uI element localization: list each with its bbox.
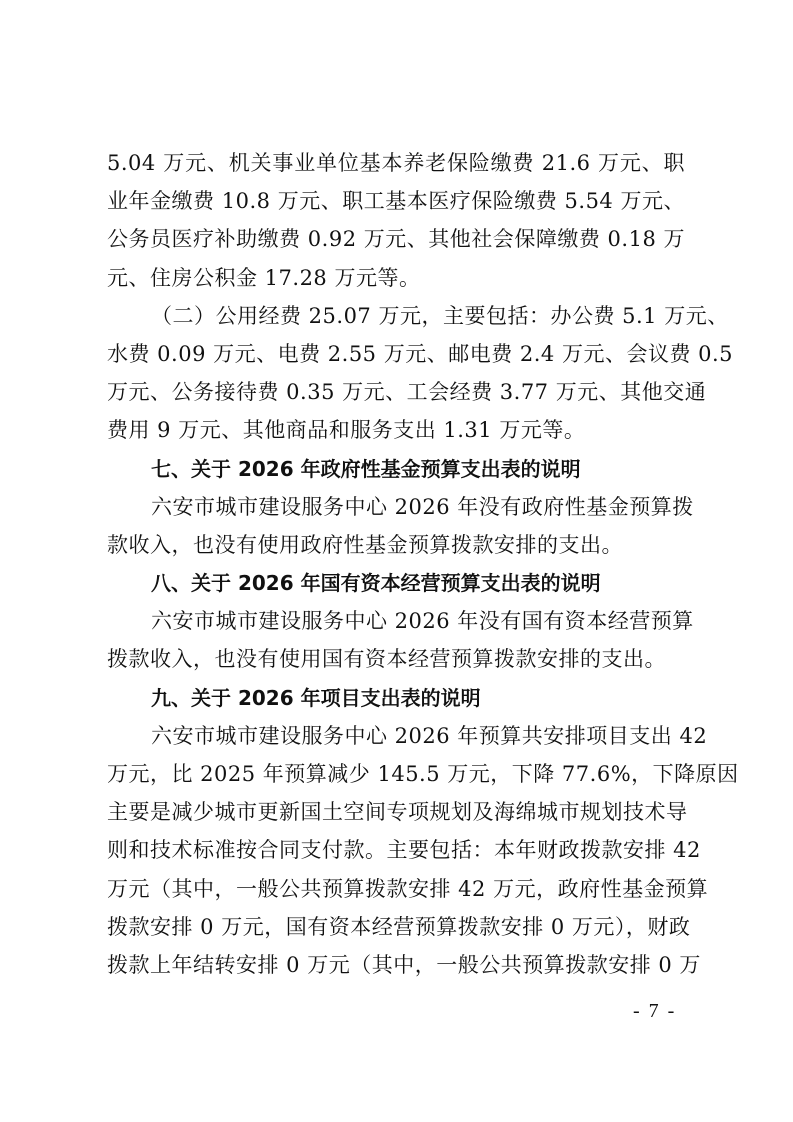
section-heading-7: 七、关于 2026 年政府性基金预算支出表的说明 (107, 450, 685, 488)
section-heading-8: 八、关于 2026 年国有资本经营预算支出表的说明 (107, 564, 685, 602)
page-number: - 7 - (633, 1000, 676, 1023)
text-line: 万元（其中，一般公共预算拨款安排 42 万元，政府性基金预算 (107, 870, 685, 908)
paragraph-state-capital: 六安市城市建设服务中心 2026 年没有国有资本经营预算 拨款收入，也没有使用国… (107, 602, 685, 678)
text-line: 费用 9 万元、其他商品和服务支出 1.31 万元等。 (107, 411, 685, 449)
text-line: 元、住房公积金 17.28 万元等。 (107, 259, 685, 297)
paragraph-personnel-expenses-continued: 5.04 万元、机关事业单位基本养老保险缴费 21.6 万元、职 业年金缴费 1… (107, 144, 685, 297)
text-line: 拨款安排 0 万元，国有资本经营预算拨款安排 0 万元），财政 (107, 908, 685, 946)
text-line: （二）公用经费 25.07 万元，主要包括：办公费 5.1 万元、 (107, 297, 685, 335)
text-line: 业年金缴费 10.8 万元、职工基本医疗保险缴费 5.54 万元、 (107, 182, 685, 220)
text-line: 款收入，也没有使用政府性基金预算拨款安排的支出。 (107, 526, 685, 564)
text-line: 5.04 万元、机关事业单位基本养老保险缴费 21.6 万元、职 (107, 144, 685, 182)
text-line: 公务员医疗补助缴费 0.92 万元、其他社会保障缴费 0.18 万 (107, 220, 685, 258)
text-line: 则和技术标准按合同支付款。主要包括：本年财政拨款安排 42 (107, 831, 685, 869)
document-page: 5.04 万元、机关事业单位基本养老保险缴费 21.6 万元、职 业年金缴费 1… (107, 144, 685, 984)
text-line: 拨款收入，也没有使用国有资本经营预算拨款安排的支出。 (107, 640, 685, 678)
paragraph-government-fund: 六安市城市建设服务中心 2026 年没有政府性基金预算拨 款收入，也没有使用政府… (107, 488, 685, 564)
text-line: 六安市城市建设服务中心 2026 年预算共安排项目支出 42 (107, 717, 685, 755)
text-line: 拨款上年结转安排 0 万元（其中，一般公共预算拨款安排 0 万 (107, 946, 685, 984)
text-line: 主要是减少城市更新国土空间专项规划及海绵城市规划技术导 (107, 793, 685, 831)
text-line: 六安市城市建设服务中心 2026 年没有政府性基金预算拨 (107, 488, 685, 526)
paragraph-public-expenses: （二）公用经费 25.07 万元，主要包括：办公费 5.1 万元、 水费 0.0… (107, 297, 685, 450)
text-line: 水费 0.09 万元、电费 2.55 万元、邮电费 2.4 万元、会议费 0.5 (107, 335, 685, 373)
paragraph-project-expenditure: 六安市城市建设服务中心 2026 年预算共安排项目支出 42 万元，比 2025… (107, 717, 685, 984)
section-heading-9: 九、关于 2026 年项目支出表的说明 (107, 679, 685, 717)
text-line: 六安市城市建设服务中心 2026 年没有国有资本经营预算 (107, 602, 685, 640)
text-line: 万元，比 2025 年预算减少 145.5 万元，下降 77.6%，下降原因 (107, 755, 685, 793)
text-line: 万元、公务接待费 0.35 万元、工会经费 3.77 万元、其他交通 (107, 373, 685, 411)
